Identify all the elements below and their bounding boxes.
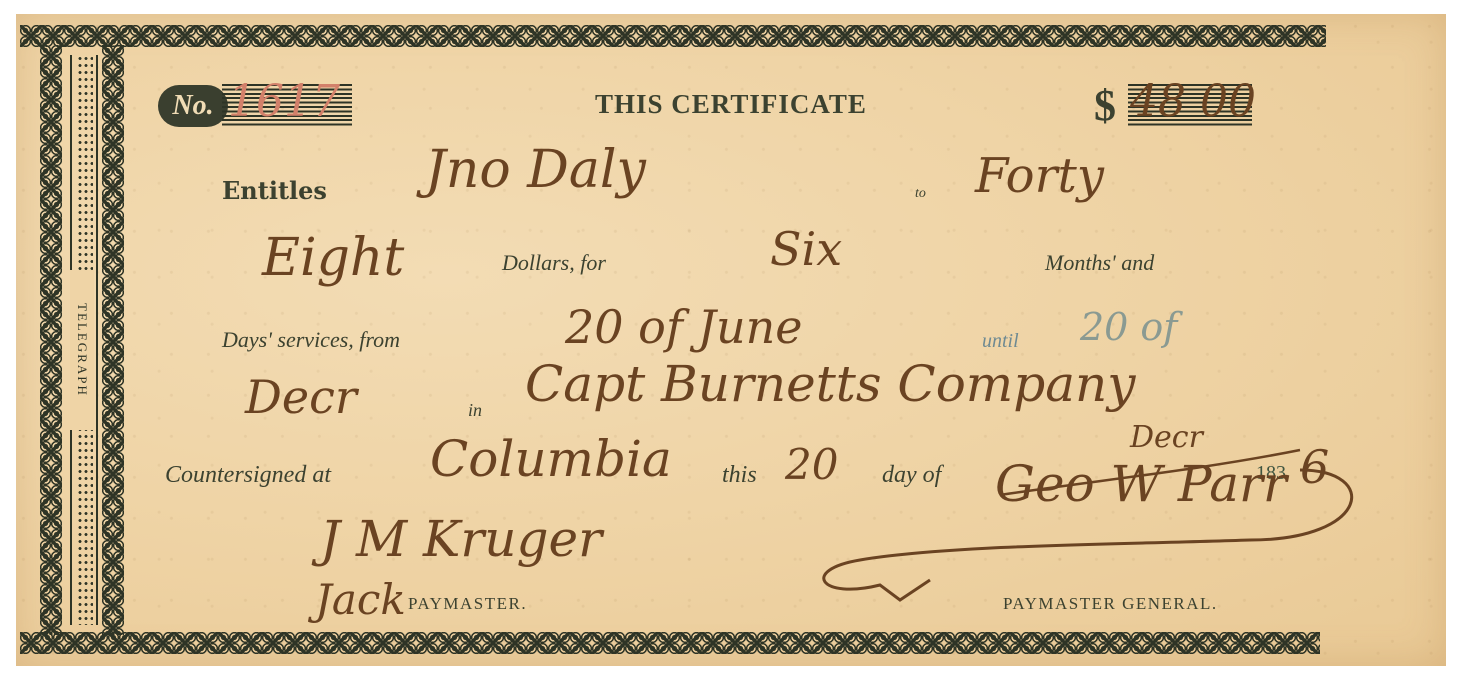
label-to: to [915, 186, 926, 202]
label-day-of: day of [882, 462, 941, 489]
months-count: Six [770, 222, 842, 276]
countersign-place: Columbia [430, 430, 672, 488]
bottom-ornamental-border [20, 632, 1320, 654]
dollar-sign-icon: $ [1094, 80, 1116, 131]
number-badge: No. [158, 85, 228, 127]
label-paymaster-general: PAYMASTER GENERAL. [1003, 594, 1218, 614]
payee-name: Jno Daly [425, 140, 646, 200]
paymaster-general-signature: Geo W Parr [995, 455, 1287, 513]
label-this: this [722, 462, 757, 489]
label-countersigned-at: Countersigned at [165, 462, 331, 489]
paymaster-signature-secondary: Jack [315, 575, 406, 624]
certificate-number: 1617 [228, 76, 340, 127]
label-until: until [982, 330, 1019, 353]
company-name: Capt Burnetts Company [525, 355, 1135, 413]
label-paymaster: PAYMASTER. [408, 594, 527, 614]
telegraph-imprint: TELEGRAPH [70, 270, 94, 430]
left-outer-ornamental-border [40, 45, 62, 635]
amount-words-2: Eight [262, 228, 404, 288]
label-months-and: Months' and [1045, 250, 1154, 276]
paymaster-signature: J M Kruger [320, 510, 602, 568]
label-dollars-for: Dollars, for [502, 250, 606, 276]
left-inner-ornamental-border [102, 45, 124, 635]
label-entitles: Entitles [222, 176, 327, 205]
top-ornamental-border [20, 25, 1326, 47]
from-date: 20 of June [565, 300, 802, 354]
until-month: Decr [245, 370, 357, 424]
countersign-month: Decr [1130, 420, 1203, 455]
year-suffix: 6 [1300, 440, 1329, 494]
countersign-day: 20 [785, 440, 838, 489]
label-in: in [468, 400, 482, 421]
certificate-title: THIS CERTIFICATE [595, 89, 867, 120]
amount-words-1: Forty [975, 148, 1104, 204]
until-date: 20 of [1080, 305, 1177, 349]
label-days-services-from: Days' services, from [222, 327, 400, 353]
amount-value: 48 00 [1130, 76, 1256, 127]
left-rule-2 [96, 55, 98, 625]
